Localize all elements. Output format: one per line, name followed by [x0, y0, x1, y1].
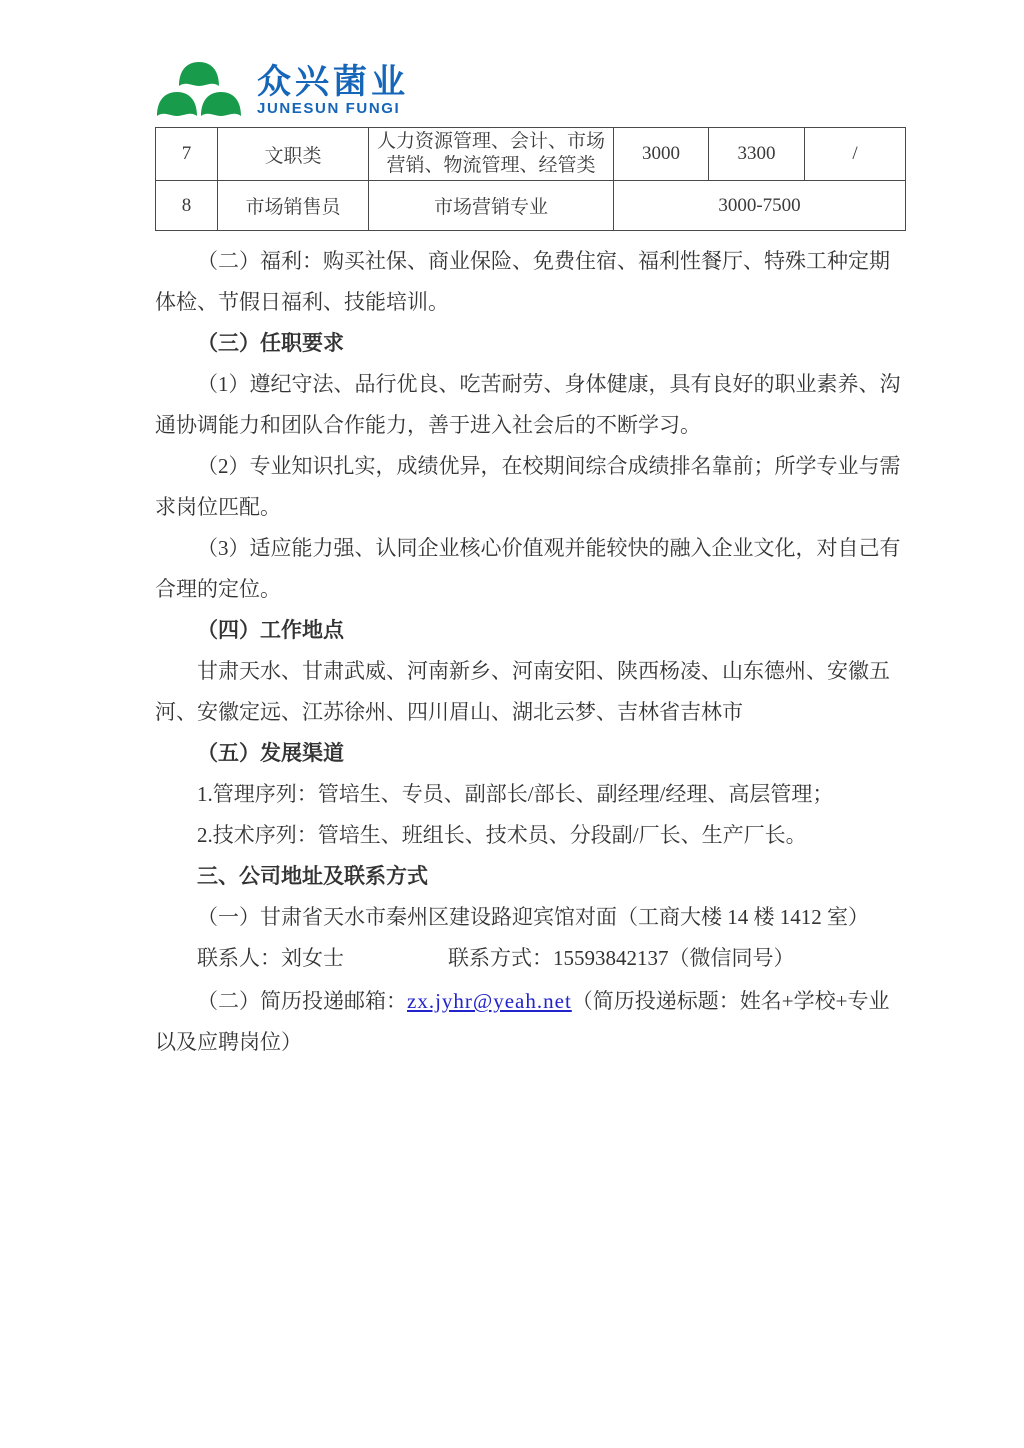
cell-salary-merged: 3000-7500	[614, 181, 906, 231]
mushroom-triple-logo-icon	[155, 58, 243, 120]
paragraph-locations: 甘肃天水、甘肃武威、河南新乡、河南安阳、陕西杨凌、山东德州、安徽五河、安徽定远、…	[155, 651, 907, 733]
paragraph-technical-sequence: 2.技术序列：管培生、班组长、技术员、分段副/厂长、生产厂长。	[155, 815, 907, 856]
contact-person: 联系人：刘女士	[197, 946, 344, 970]
document-content: 众兴菌业 JUNESUN FUNGI 7 文职类 人力资源管理、会计、市场营销、…	[155, 58, 907, 1063]
logo-english-name: JUNESUN FUNGI	[257, 100, 409, 118]
table-row: 7 文职类 人力资源管理、会计、市场营销、物流管理、经管类 3000 3300 …	[156, 128, 906, 181]
contact-method: 联系方式：15593842137（微信同号）	[448, 946, 795, 970]
cell-salary-a: 3000	[614, 128, 709, 181]
cell-salary-c: /	[805, 128, 906, 181]
heading-development-channel: （五）发展渠道	[155, 733, 907, 774]
paragraph-management-sequence: 1.管理序列：管培生、专员、副部长/部长、副经理/经理、高层管理；	[155, 774, 907, 815]
cell-major: 市场营销专业	[369, 181, 614, 231]
jobs-table: 7 文职类 人力资源管理、会计、市场营销、物流管理、经管类 3000 3300 …	[155, 127, 906, 231]
paragraph-requirement-2: （2）专业知识扎实，成绩优异，在校期间综合成绩排名靠前；所学专业与需求岗位匹配。	[155, 446, 907, 528]
cell-major: 人力资源管理、会计、市场营销、物流管理、经管类	[369, 128, 614, 181]
table-row: 8 市场销售员 市场营销专业 3000-7500	[156, 181, 906, 231]
cell-post: 市场销售员	[218, 181, 369, 231]
cell-row-number: 7	[156, 128, 218, 181]
heading-requirements: （三）任职要求	[155, 323, 907, 364]
cell-post: 文职类	[218, 128, 369, 181]
cell-row-number: 8	[156, 181, 218, 231]
document-body: （二）福利：购买社保、商业保险、免费住宿、福利性餐厅、特殊工种定期体检、节假日福…	[155, 241, 907, 1063]
heading-work-locations: （四）工作地点	[155, 610, 907, 651]
paragraph-requirement-1: （1）遵纪守法、品行优良、吃苦耐劳、身体健康，具有良好的职业素养、沟通协调能力和…	[155, 364, 907, 446]
logo-chinese-name: 众兴菌业	[257, 64, 409, 100]
email-label: （二）简历投递邮箱：	[197, 989, 407, 1013]
document-page: 众兴菌业 JUNESUN FUNGI 7 文职类 人力资源管理、会计、市场营销、…	[0, 0, 1024, 1448]
paragraph-email: （二）简历投递邮箱：zx.jyhr@yeah.net（简历投递标题：姓名+学校+…	[155, 981, 907, 1063]
email-link[interactable]: zx.jyhr@yeah.net	[407, 989, 572, 1013]
cell-salary-b: 3300	[709, 128, 805, 181]
paragraph-address: （一）甘肃省天水市秦州区建设路迎宾馆对面（工商大楼 14 楼 1412 室）	[155, 897, 907, 938]
heading-company-contact: 三、公司地址及联系方式	[155, 856, 907, 897]
company-logo: 众兴菌业 JUNESUN FUNGI	[155, 58, 907, 124]
logo-text: 众兴菌业 JUNESUN FUNGI	[257, 58, 409, 118]
paragraph-requirement-3: （3）适应能力强、认同企业核心价值观并能较快的融入企业文化，对自己有合理的定位。	[155, 528, 907, 610]
paragraph-welfare: （二）福利：购买社保、商业保险、免费住宿、福利性餐厅、特殊工种定期体检、节假日福…	[155, 241, 907, 323]
paragraph-contact: 联系人：刘女士联系方式：15593842137（微信同号）	[155, 938, 907, 979]
